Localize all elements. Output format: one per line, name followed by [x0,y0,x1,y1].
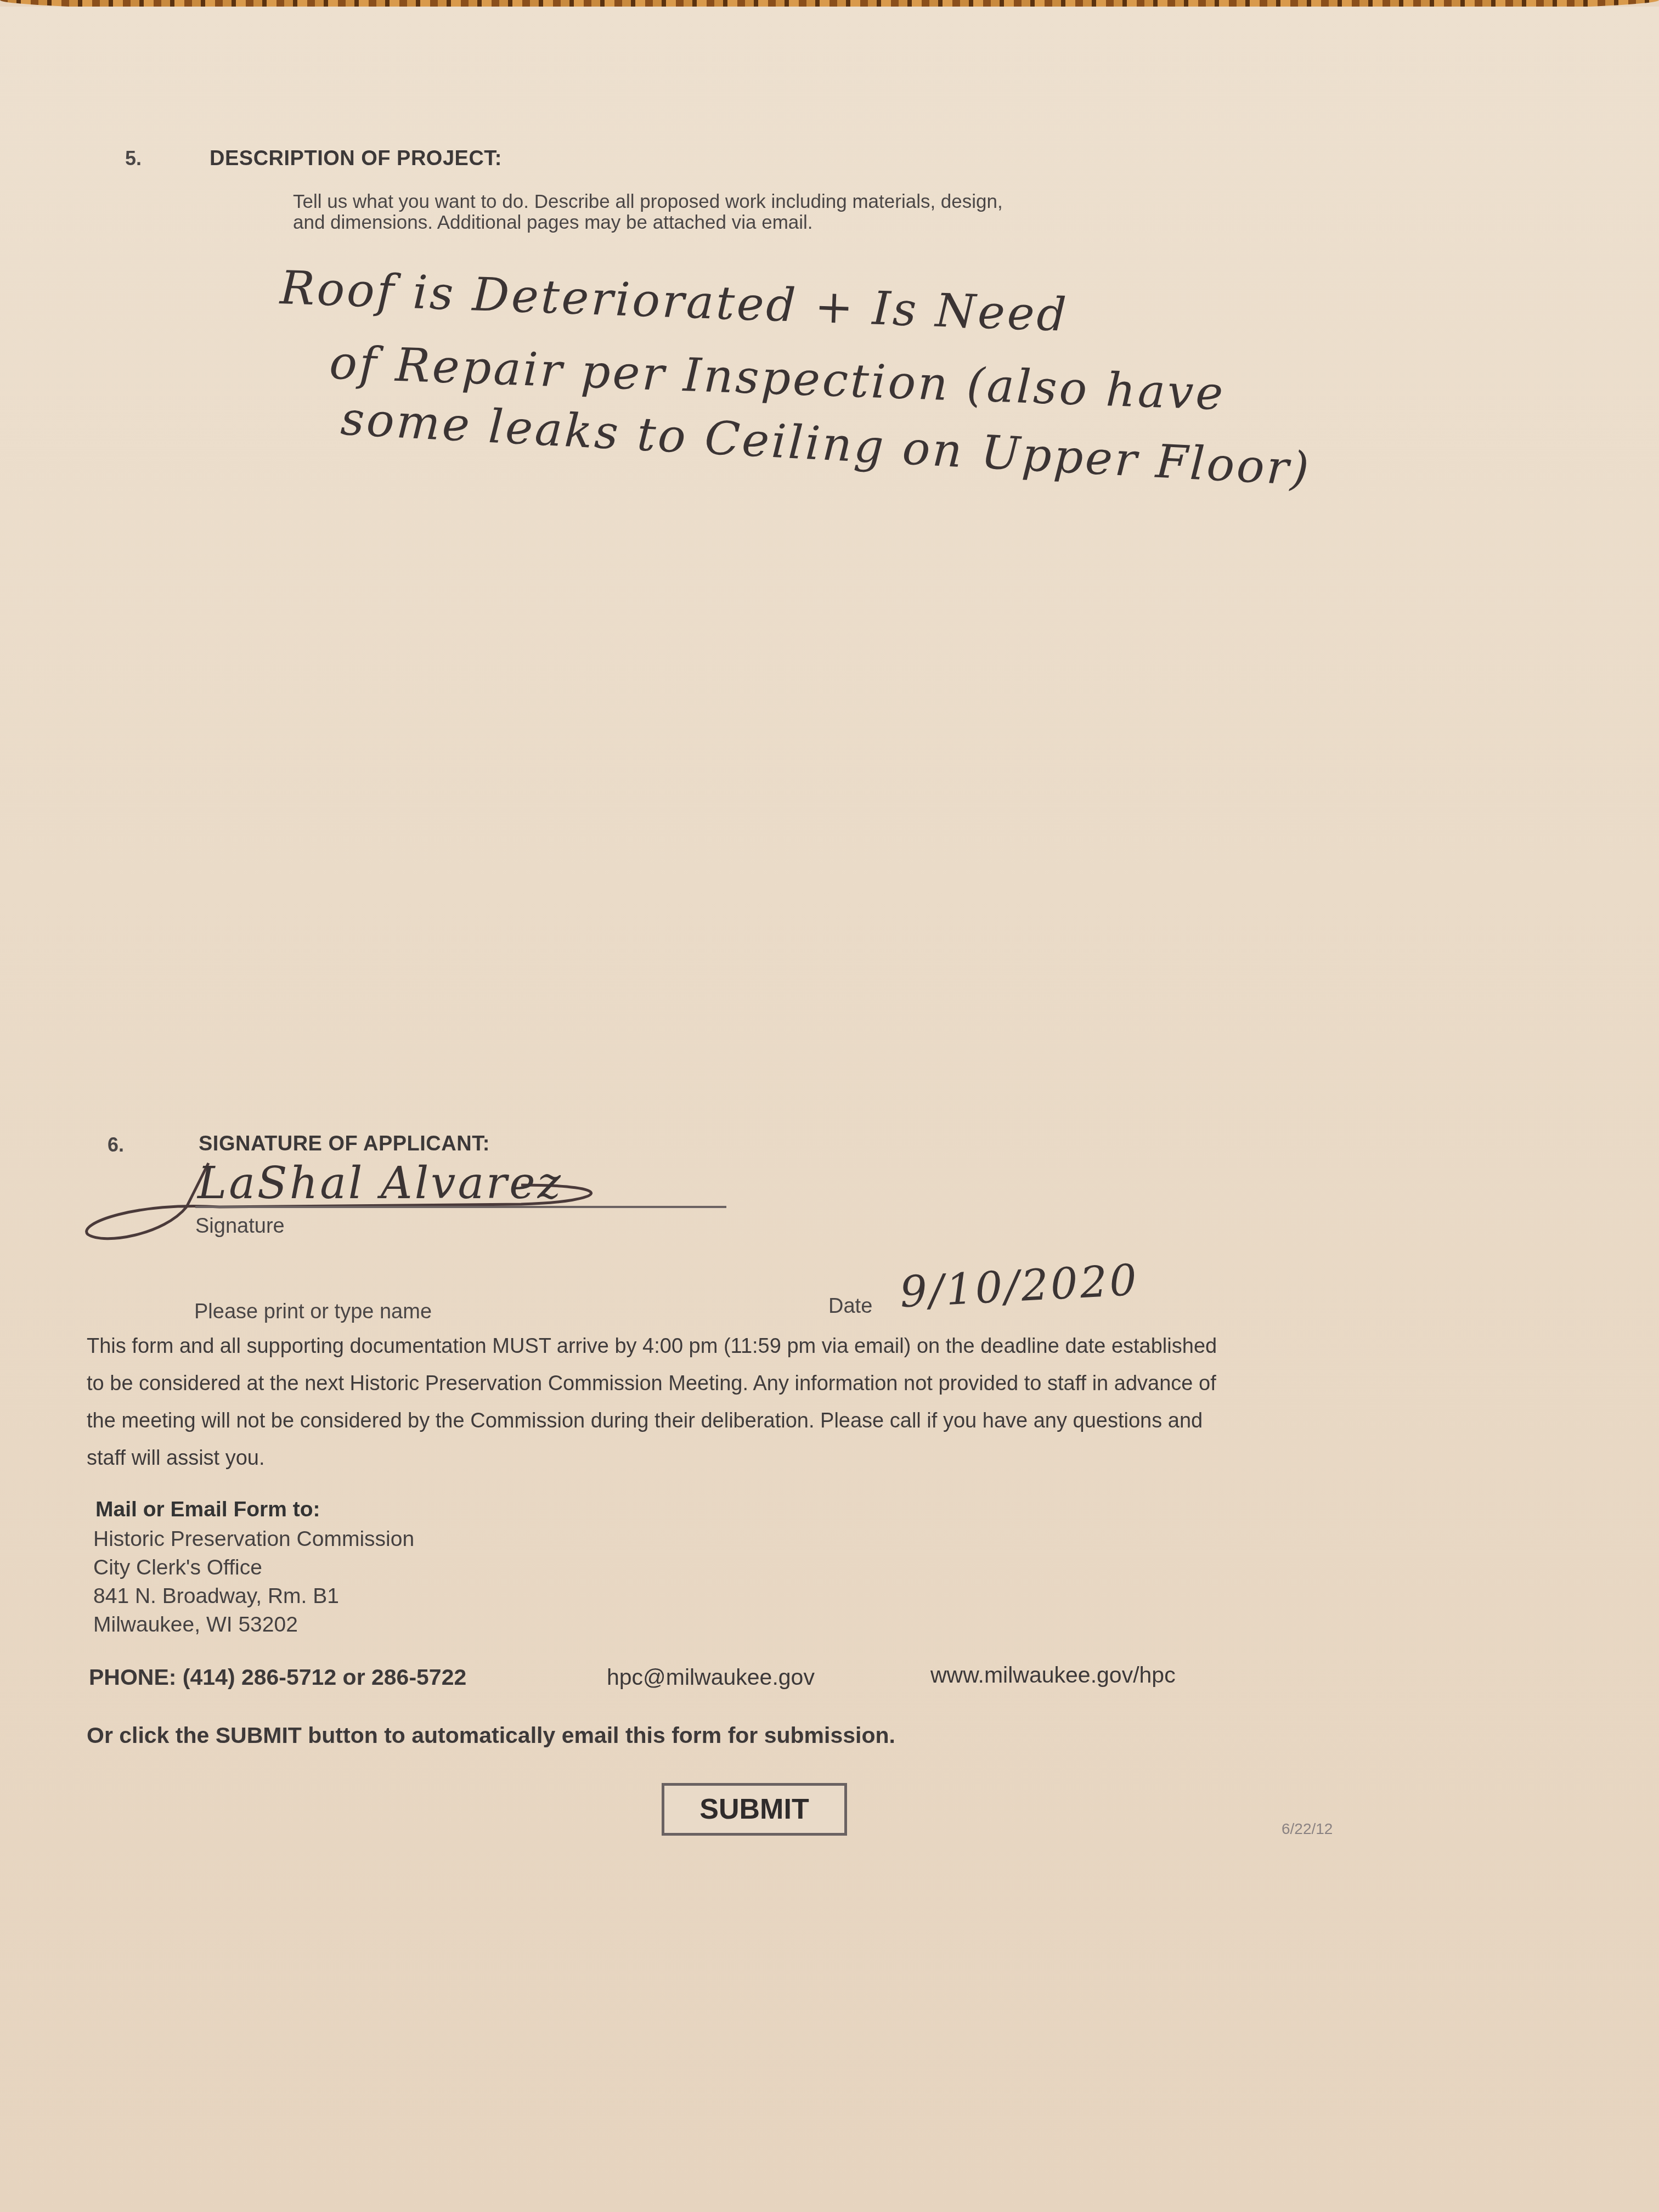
notice-line-4: staff will assist you. [87,1440,1535,1477]
submit-button[interactable]: SUBMIT [662,1783,847,1836]
signature-handwritten: LaShal Alvarez [198,1158,563,1209]
section-5-heading: DESCRIPTION OF PROJECT: [210,147,502,171]
section-5-number: 5. [125,147,142,170]
address-line-3: 841 N. Broadway, Rm. B1 [93,1582,414,1611]
email-link[interactable]: hpc@milwaukee.gov [607,1664,815,1690]
address-line-1: Historic Preservation Commission [93,1525,414,1554]
submit-note: Or click the SUBMIT button to automatica… [87,1723,895,1748]
notice-line-1: This form and all supporting documentati… [87,1328,1535,1365]
notice-line-2: to be considered at the next Historic Pr… [87,1365,1535,1402]
print-name-label: Please print or type name [194,1300,432,1324]
signature-line [195,1206,726,1208]
form-version: 6/22/12 [1282,1820,1333,1838]
form-page [0,7,1659,2212]
mailing-address: Historic Preservation Commission City Cl… [93,1525,414,1639]
date-label: Date [828,1295,872,1318]
notice-line-3: the meeting will not be considered by th… [87,1402,1535,1440]
signature-label: Signature [195,1215,285,1238]
website-link[interactable]: www.milwaukee.gov/hpc [930,1662,1176,1688]
deadline-notice: This form and all supporting documentati… [87,1328,1535,1477]
phone-text: PHONE: (414) 286-5712 or 286-5722 [89,1664,466,1690]
mailing-title: Mail or Email Form to: [95,1498,320,1522]
address-line-4: Milwaukee, WI 53202 [93,1611,414,1639]
instructions-line-2: and dimensions. Additional pages may be … [293,207,1226,238]
address-line-2: City Clerk's Office [93,1554,414,1582]
section-5-instructions: Tell us what you want to do. Describe al… [293,187,1226,238]
